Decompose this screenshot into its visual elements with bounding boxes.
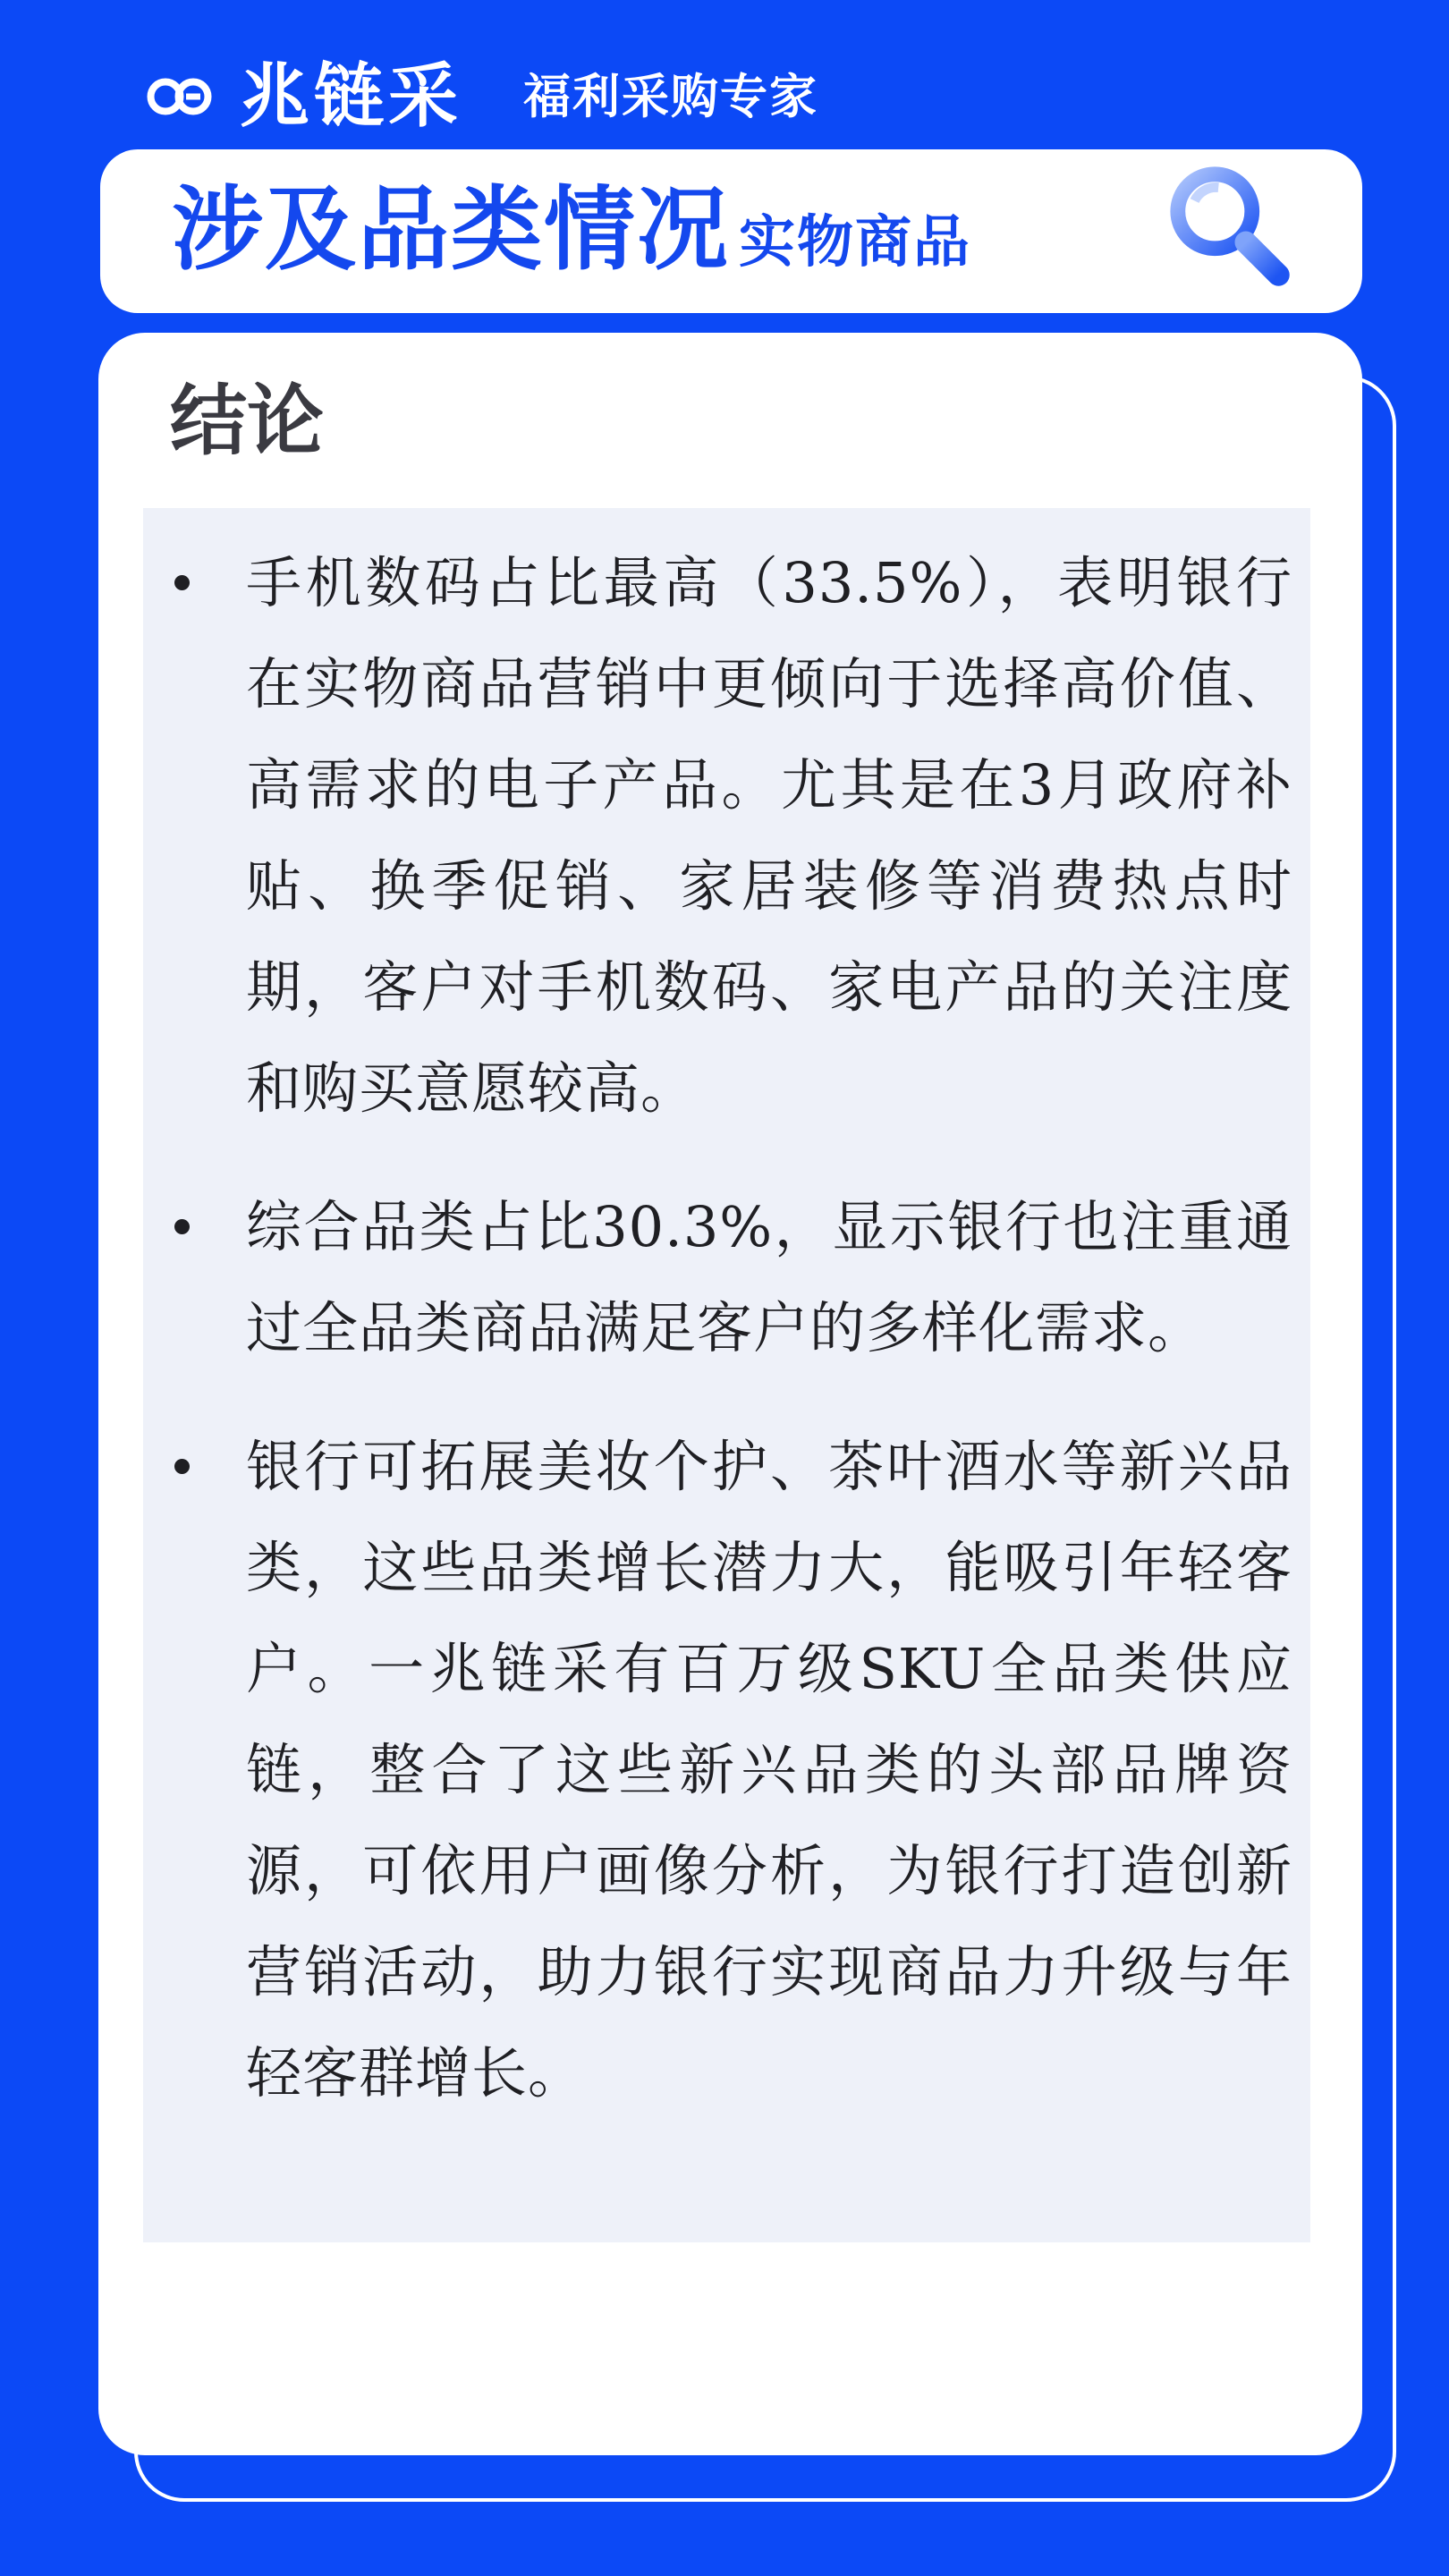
bullet-dot-icon — [174, 575, 190, 590]
poster-page: 兆链采 福利采购专家 涉及品类情况实物商品 — [0, 0, 1449, 2576]
bullet-text: 手机数码占比最高（33.5%），表明银行在实物商品营销中更倾向于选择高价值、高需… — [246, 532, 1292, 1139]
search-icon — [1164, 162, 1305, 303]
bullet-dot-icon — [174, 1459, 190, 1474]
page-subtitle: 实物商品 — [739, 208, 971, 275]
page-title: 涉及品类情况 — [172, 176, 730, 284]
section-heading: 结论 — [170, 383, 324, 460]
title-banner: 涉及品类情况实物商品 — [100, 149, 1362, 313]
conclusion-panel: 手机数码占比最高（33.5%），表明银行在实物商品营销中更倾向于选择高价值、高需… — [143, 508, 1310, 2242]
chain-link-icon — [143, 75, 222, 118]
bullet-text: 综合品类占比30.3%，显示银行也注重通过全品类商品满足客户的多样化需求。 — [246, 1176, 1292, 1378]
banner-titles: 涉及品类情况实物商品 — [172, 157, 971, 288]
brand-header: 兆链采 福利采购专家 — [143, 61, 818, 132]
brand-name: 兆链采 — [240, 62, 462, 131]
list-item: 手机数码占比最高（33.5%），表明银行在实物商品营销中更倾向于选择高价值、高需… — [246, 532, 1292, 1139]
bullet-dot-icon — [174, 1219, 190, 1234]
bullet-text: 银行可拓展美妆个护、茶叶酒水等新兴品类，这些品类增长潜力大，能吸引年轻客户。一兆… — [246, 1416, 1292, 2123]
brand-tagline: 福利采购专家 — [523, 73, 818, 121]
list-item: 综合品类占比30.3%，显示银行也注重通过全品类商品满足客户的多样化需求。 — [246, 1176, 1292, 1378]
list-item: 银行可拓展美妆个护、茶叶酒水等新兴品类，这些品类增长潜力大，能吸引年轻客户。一兆… — [246, 1416, 1292, 2123]
conclusion-card: 结论 手机数码占比最高（33.5%），表明银行在实物商品营销中更倾向于选择高价值… — [98, 333, 1362, 2455]
